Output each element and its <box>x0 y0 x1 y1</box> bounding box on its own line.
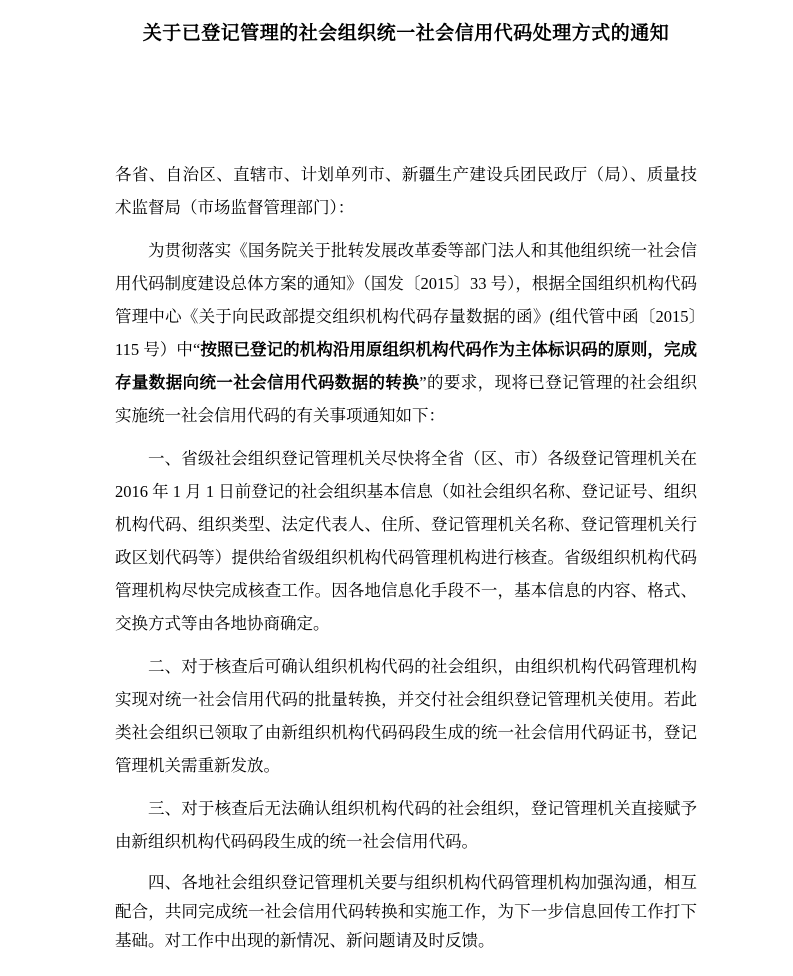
document-page: 关于已登记管理的社会组织统一社会信用代码处理方式的通知 各省、自治区、直辖市、计… <box>0 0 793 976</box>
section-paragraph-3: 三、对于核查后无法确认组织机构代码的社会组织，登记管理机关直接赋予由新组织机构代… <box>115 792 697 858</box>
document-title: 关于已登记管理的社会组织统一社会信用代码处理方式的通知 <box>115 21 697 46</box>
section-paragraph-2: 二、对于核查后可确认组织机构代码的社会组织，由组织机构代码管理机构实现对统一社会… <box>115 650 697 782</box>
section-paragraph-1: 一、省级社会组织登记管理机关尽快将全省（区、市）各级登记管理机关在 2016 年… <box>115 442 697 640</box>
salutation-paragraph: 各省、自治区、直辖市、计划单列市、新疆生产建设兵团民政厅（局）、质量技术监督局（… <box>115 158 697 224</box>
intro-paragraph: 为贯彻落实《国务院关于批转发展改革委等部门法人和其他组织统一社会信用代码制度建设… <box>115 234 697 432</box>
section-paragraph-4: 四、各地社会组织登记管理机关要与组织机构代码管理机构加强沟通，相互配合，共同完成… <box>115 868 697 955</box>
